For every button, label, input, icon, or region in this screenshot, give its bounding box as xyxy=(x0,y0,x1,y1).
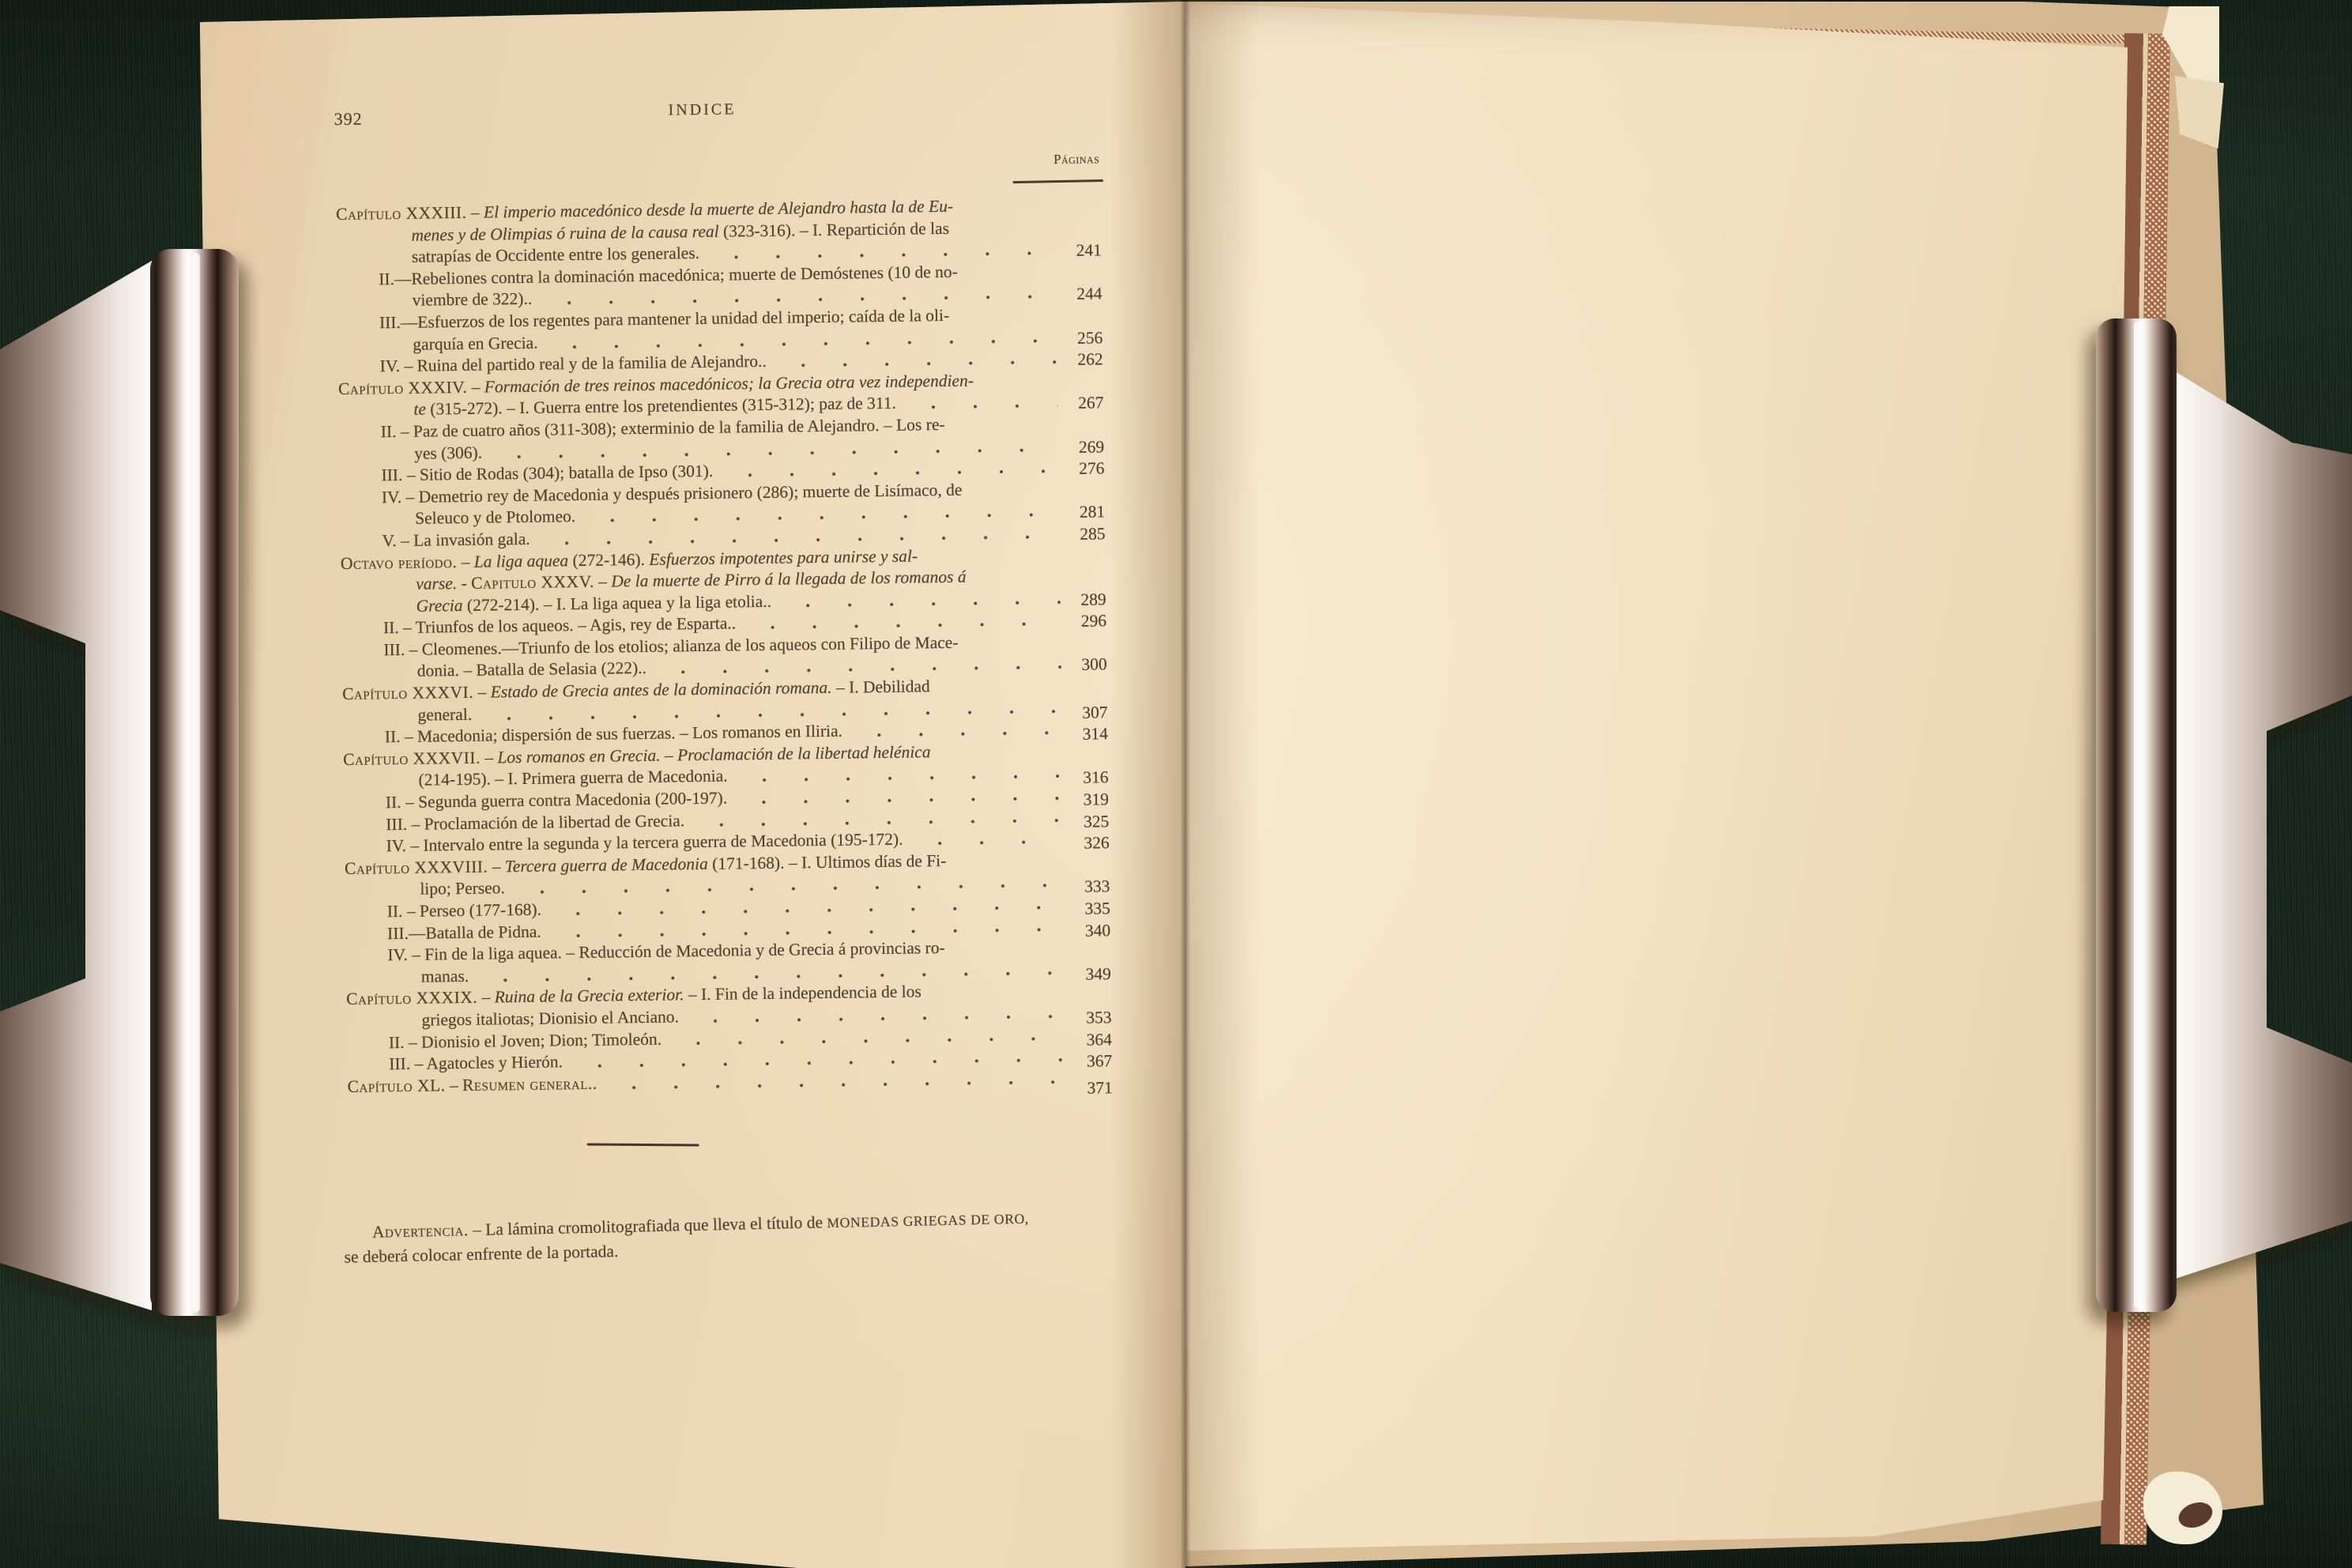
toc-line-text: III.—Batalla de Pidna. xyxy=(387,921,541,944)
toc-page-number: 340 xyxy=(1069,920,1110,942)
text-segment: II. – Triunfos de los aqueos. – Agis, re… xyxy=(383,614,736,638)
text-segment: De la muerte de Pirro á la llegada de lo… xyxy=(611,567,967,591)
text-segment: garquía en Grecia. xyxy=(413,333,537,353)
toc-page-number: 300 xyxy=(1066,654,1107,677)
text-segment: – xyxy=(457,552,474,571)
text-segment: Esfuerzos impotentes para unirse y sal- xyxy=(649,546,918,568)
table-of-contents: Capítulo XXXIII. – El imperio macedónico… xyxy=(336,194,1113,1098)
text-segment: varse. xyxy=(416,574,457,594)
toc-page-number: 353 xyxy=(1070,1007,1111,1029)
text-segment: Capítulo XXXVI. xyxy=(342,683,473,703)
column-header-rule xyxy=(1013,179,1103,183)
text-segment: El imperio macedónico desde la muerte de… xyxy=(484,197,953,222)
text-segment: - xyxy=(457,574,471,593)
toc-entry: Octavo período. – La liga aquea (272-146… xyxy=(341,543,1106,618)
dot-leader xyxy=(907,390,1058,414)
folio-number: 392 xyxy=(334,109,362,130)
text-segment: Tercera guerra de Macedonia xyxy=(505,854,708,876)
toc-page-number: 262 xyxy=(1061,349,1102,371)
advertencia-note: Advertencia. – La lámina cromolitografia… xyxy=(344,1202,1182,1268)
text-segment: II. – Dionisio el Joven; Dion; Timoleón. xyxy=(389,1029,662,1052)
toc-page-number: 244 xyxy=(1061,284,1102,306)
text-segment: te xyxy=(413,400,426,419)
toc-page-number: 367 xyxy=(1071,1050,1112,1072)
text-segment: lipo; Perseo. xyxy=(420,879,505,899)
text-segment: (272-214). – I. La liga aquea y la liga … xyxy=(462,592,771,615)
text-segment: III. – Sitio de Rodas (304); batalla de … xyxy=(381,462,713,484)
text-segment: (171-168). – I. Ultimos días de Fi- xyxy=(708,851,947,873)
toc-page-number: 307 xyxy=(1066,702,1107,724)
dot-leader xyxy=(854,718,1062,742)
toc-line-text: lipo; Perseo. xyxy=(420,878,505,901)
dot-leader xyxy=(710,238,1056,264)
text-segment: (272-146). xyxy=(568,549,649,569)
text-segment: satrapías de Occidente entre los general… xyxy=(412,243,699,266)
text-segment: – xyxy=(445,1076,462,1095)
toc-page-number: 314 xyxy=(1067,724,1108,746)
toc-page-number: 325 xyxy=(1068,811,1109,833)
toc-page-number: 349 xyxy=(1070,963,1111,986)
toc-page-number: 371 xyxy=(1072,1077,1113,1099)
text-segment: – I. Fin de la independencia de los xyxy=(684,982,922,1004)
text-segment: menes y de Olimpias ó ruina de la causa … xyxy=(411,221,718,244)
dot-leader xyxy=(747,609,1061,635)
toc-line-text: garquía en Grecia. xyxy=(413,332,538,356)
dot-leader xyxy=(914,827,1063,850)
text-segment: Capítulo XXXVIII. xyxy=(345,857,488,877)
text-segment: Capítulo XXXIV. xyxy=(338,378,468,398)
text-segment: general. xyxy=(417,704,472,724)
text-segment: II. – Perseo (177-168). xyxy=(387,900,542,922)
text-segment: Estado de Grecia antes de la dominación … xyxy=(490,678,831,702)
text-segment: La liga aquea xyxy=(474,551,569,571)
text-segment: griegos italiotas; Dionisio el Anciano. xyxy=(421,1007,679,1029)
toc-line-text: Seleuco y de Ptolomeo. xyxy=(415,506,575,530)
toc-line-text: V. – La invasión gala. xyxy=(382,529,530,552)
toc-line-text: III. – Agatocles y Hierón. xyxy=(389,1051,563,1075)
toc-page-number: 319 xyxy=(1068,789,1109,811)
toc-page-number: 241 xyxy=(1061,240,1102,262)
toc-page-number: 326 xyxy=(1069,832,1110,854)
toc-page-number: 364 xyxy=(1071,1029,1112,1051)
toc-page-number: 316 xyxy=(1067,767,1108,790)
text-segment: – xyxy=(467,377,484,396)
text-segment: viembre de 322).. xyxy=(412,289,532,310)
text-segment: manas. xyxy=(421,967,469,986)
text-segment: Capítulo XXXIX. xyxy=(346,988,477,1008)
text-segment: (214-195). – I. Primera guerra de Macedo… xyxy=(418,767,727,790)
text-segment: donia. – Batalla de Selasia (222).. xyxy=(417,658,646,680)
toc-page-number: 276 xyxy=(1063,458,1104,480)
dot-leader xyxy=(778,347,1057,372)
text-segment: Grecia xyxy=(416,596,463,616)
text-segment: – I. Debilidad xyxy=(831,677,930,697)
dot-leader xyxy=(724,456,1059,482)
printed-page-content: 392 INDICE Páginas Capítulo XXXIII. – El… xyxy=(0,0,2352,1568)
toc-page-number: 335 xyxy=(1069,898,1110,920)
text-segment: Los romanos en Grecia. – Proclamación de… xyxy=(497,742,930,767)
text-segment: (323-316). – I. Repartición de las xyxy=(718,218,949,240)
text-segment: II. – Segunda guerra contra Macedonia (2… xyxy=(386,789,728,812)
text-segment: III.—Batalla de Pidna. xyxy=(387,922,541,943)
text-segment: se deberá colocar enfrente de la portada… xyxy=(344,1242,618,1267)
text-segment: Capítulo XXXIII. xyxy=(336,203,467,224)
toc-line-text: Capítulo XL. – Resumen general.. xyxy=(347,1073,597,1099)
text-segment: MONEDAS GRIEGAS DE ORO, xyxy=(827,1211,1029,1231)
text-segment: – xyxy=(488,857,505,876)
toc-line-text: griegos italiotas; Dionisio el Anciano. xyxy=(421,1006,679,1031)
toc-line-text: manas. xyxy=(421,966,469,988)
text-segment: Advertencia. xyxy=(372,1220,469,1242)
toc-page-number: 289 xyxy=(1065,589,1106,611)
text-segment: Resumen general.. xyxy=(462,1074,597,1095)
toc-page-number: 256 xyxy=(1061,327,1102,349)
toc-page-number: 333 xyxy=(1069,876,1110,899)
toc-page-number: 296 xyxy=(1065,611,1106,633)
text-segment: – xyxy=(473,683,491,702)
text-segment: Capítulo XL. xyxy=(347,1076,445,1096)
toc-line-text: II. – Perseo (177-168). xyxy=(387,899,542,923)
text-segment: – xyxy=(481,748,498,767)
text-segment: – La lámina cromolitografiada que lleva … xyxy=(468,1212,827,1239)
toc-line-text: general. xyxy=(417,703,472,726)
separator-rule xyxy=(587,1143,699,1146)
text-segment: Capítulo XXXVII. xyxy=(343,748,481,769)
text-segment: Seleuco y de Ptolomeo. xyxy=(415,507,575,528)
toc-line-text: viembre de 322).. xyxy=(412,288,532,312)
text-segment: Octavo período. xyxy=(341,552,458,573)
toc-line-text: yes (306). xyxy=(414,442,482,465)
pages-column-header: Páginas xyxy=(963,151,1099,168)
toc-page-number: 267 xyxy=(1062,393,1103,415)
toc-page-number: 285 xyxy=(1064,523,1105,545)
toc-line-text: donia. – Batalla de Selasia (222).. xyxy=(417,658,647,682)
photo-of-open-book: { "photo": { "background_color": "#18261… xyxy=(0,0,2352,1568)
text-segment: – xyxy=(466,203,484,222)
text-segment: II. – Macedonia; dispersión de sus fuerz… xyxy=(385,722,842,747)
toc-entry: Capítulo XXXIII. – El imperio macedónico… xyxy=(336,194,1102,269)
text-segment: IV. – Ruina del partido real y de la fam… xyxy=(380,352,767,375)
text-segment: III. – Proclamación de la libertad de Gr… xyxy=(386,811,684,834)
text-segment: III. – Agatocles y Hierón. xyxy=(389,1052,563,1073)
text-segment: – xyxy=(594,572,612,591)
text-segment: Ruina de la Grecia exterior. xyxy=(495,986,684,1007)
text-segment: – xyxy=(477,988,495,1007)
text-segment: V. – La invasión gala. xyxy=(382,530,530,550)
text-segment: Capitulo XXXV. xyxy=(471,572,594,593)
text-segment: yes (306). xyxy=(414,443,482,462)
page-title: INDICE xyxy=(623,100,781,121)
toc-page-number: 269 xyxy=(1063,436,1104,458)
toc-page-number: 281 xyxy=(1064,502,1105,524)
